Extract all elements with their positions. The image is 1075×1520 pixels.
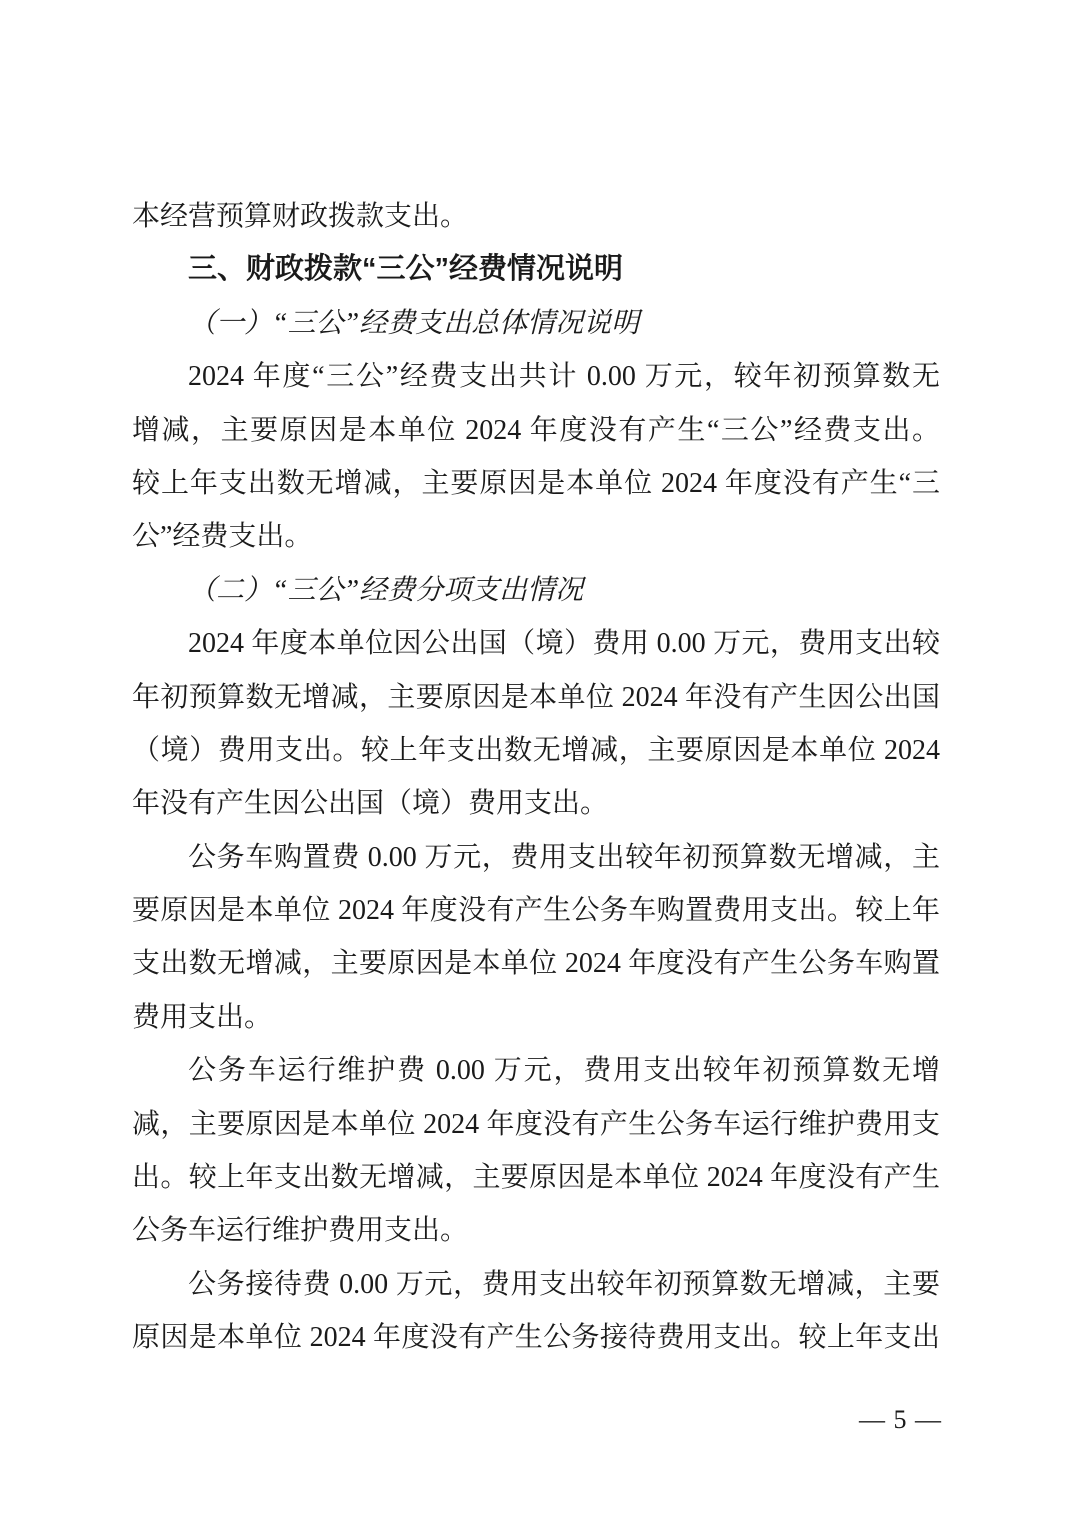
text-line: 费用支出。 [132,991,940,1044]
text-line: 公务车运行维护费 0.00 万元，费用支出较年初预算数无增 [132,1044,940,1097]
text-line: 本经营预算财政拨款支出。 [132,190,940,243]
text-line: 年初预算数无增减，主要原因是本单位 2024 年没有产生因公出国 [132,671,940,724]
text-line: 减，主要原因是本单位 2024 年度没有产生公务车运行维护费用支 [132,1098,940,1151]
text-line: （境）费用支出。较上年支出数无增减，主要原因是本单位 2024 [132,724,940,777]
text-line: 公”经费支出。 [132,510,940,563]
text-line: 原因是本单位 2024 年度没有产生公务接待费用支出。较上年支出 [132,1311,940,1364]
page-number: — 5 — [859,1400,942,1440]
text-line: 2024 年度“三公”经费支出共计 0.00 万元，较年初预算数无 [132,350,940,403]
text-line: 公务车购置费 0.00 万元，费用支出较年初预算数无增减，主 [132,831,940,884]
subsection-heading: （二）“三公”经费分项支出情况 [132,564,940,617]
document-page: 本经营预算财政拨款支出。三、财政拨款“三公”经费情况说明（一）“三公”经费支出总… [0,0,1075,1520]
document-content: 本经营预算财政拨款支出。三、财政拨款“三公”经费情况说明（一）“三公”经费支出总… [132,190,940,1365]
text-line: 年没有产生因公出国（境）费用支出。 [132,777,940,830]
subsection-heading: （一）“三公”经费支出总体情况说明 [132,297,940,350]
text-line: 要原因是本单位 2024 年度没有产生公务车购置费用支出。较上年 [132,884,940,937]
text-line: 公务接待费 0.00 万元，费用支出较年初预算数无增减，主要 [132,1258,940,1311]
text-line: 较上年支出数无增减，主要原因是本单位 2024 年度没有产生“三 [132,457,940,510]
text-line: 2024 年度本单位因公出国（境）费用 0.00 万元，费用支出较 [132,617,940,670]
text-line: 出。较上年支出数无增减，主要原因是本单位 2024 年度没有产生 [132,1151,940,1204]
text-line: 支出数无增减，主要原因是本单位 2024 年度没有产生公务车购置 [132,937,940,990]
section-heading: 三、财政拨款“三公”经费情况说明 [132,243,940,296]
text-line: 增减，主要原因是本单位 2024 年度没有产生“三公”经费支出。 [132,404,940,457]
text-line: 公务车运行维护费用支出。 [132,1204,940,1257]
